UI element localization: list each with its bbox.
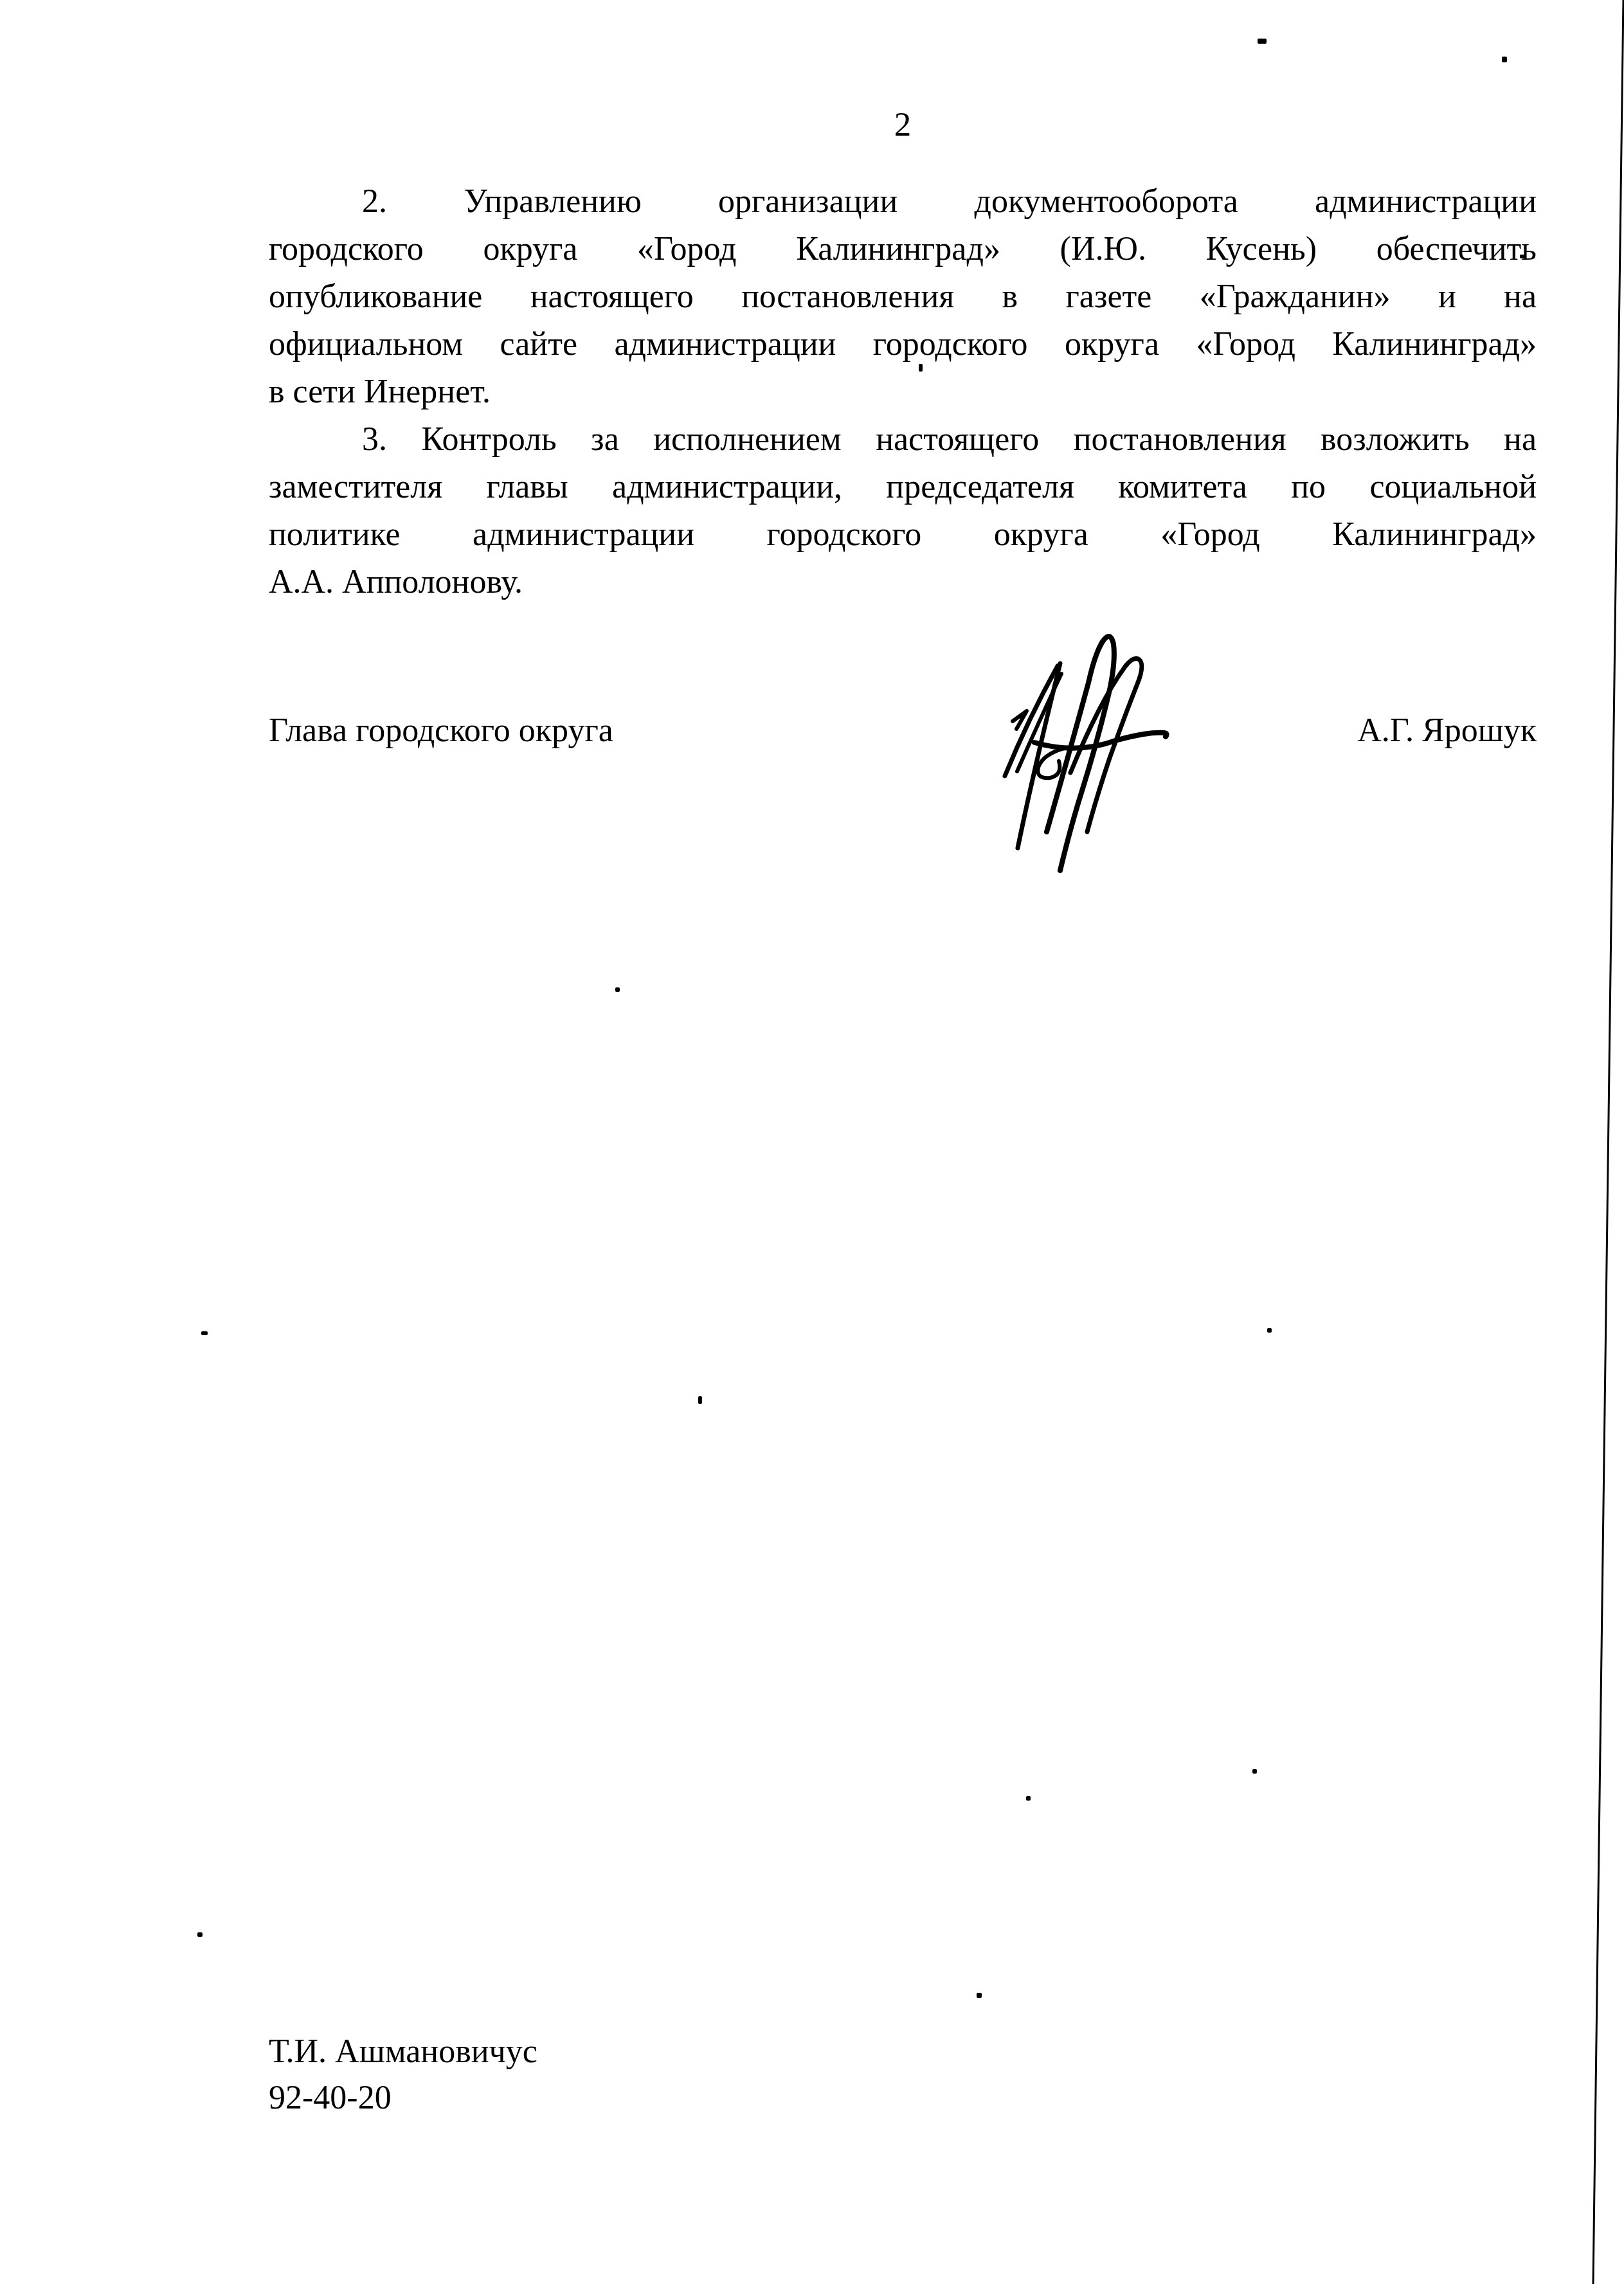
scan-speck <box>1520 255 1524 258</box>
paragraph-2-line-4: официальном сайте администрации городско… <box>269 321 1537 368</box>
paragraph-2-line-2: городского округа «Город Калининград» (И… <box>269 226 1537 273</box>
document-page: 2 2. Управлению организации документообо… <box>0 0 1624 2284</box>
scan-speck <box>1267 1328 1272 1333</box>
paragraph-2-line-1: 2. Управлению организации документооборо… <box>269 178 1537 226</box>
document-body: 2. Управлению организации документооборо… <box>269 178 1537 606</box>
page-number: 2 <box>269 107 1537 143</box>
scan-speck <box>977 1993 982 1998</box>
executor-block: Т.И. Ашмановичус 92-40-20 <box>269 2029 537 2121</box>
scan-speck <box>197 1932 203 1937</box>
scan-speck <box>201 1331 208 1335</box>
scan-speck <box>698 1396 702 1404</box>
scan-speck <box>919 364 923 372</box>
scan-speck <box>1258 39 1267 44</box>
executor-name: Т.И. Ашмановичус <box>269 2029 537 2075</box>
paragraph-3-line-2: заместителя главы администрации, председ… <box>269 463 1537 511</box>
scan-speck <box>1026 1796 1031 1801</box>
paragraph-2-line-3: опубликование настоящего постановления в… <box>269 273 1537 321</box>
executor-phone: 92-40-20 <box>269 2075 537 2121</box>
paragraph-3-line-4: А.А. Апполонову. <box>269 559 1537 606</box>
paragraph-2-line-5: в сети Инернет. <box>269 368 1537 416</box>
scan-speck <box>1252 1769 1257 1774</box>
signer-position-title: Глава городского округа <box>269 707 613 755</box>
handwritten-signature <box>993 612 1186 876</box>
scan-speck <box>1502 57 1507 62</box>
signer-name: А.Г. Ярошук <box>1357 707 1537 755</box>
paragraph-3-line-3: политике администрации городского округа… <box>269 511 1537 559</box>
paragraph-3-line-1: 3. Контроль за исполнением настоящего по… <box>269 416 1537 463</box>
signature-row: Глава городского округа А.Г. Ярошук <box>269 707 1537 755</box>
scan-speck <box>615 987 620 992</box>
